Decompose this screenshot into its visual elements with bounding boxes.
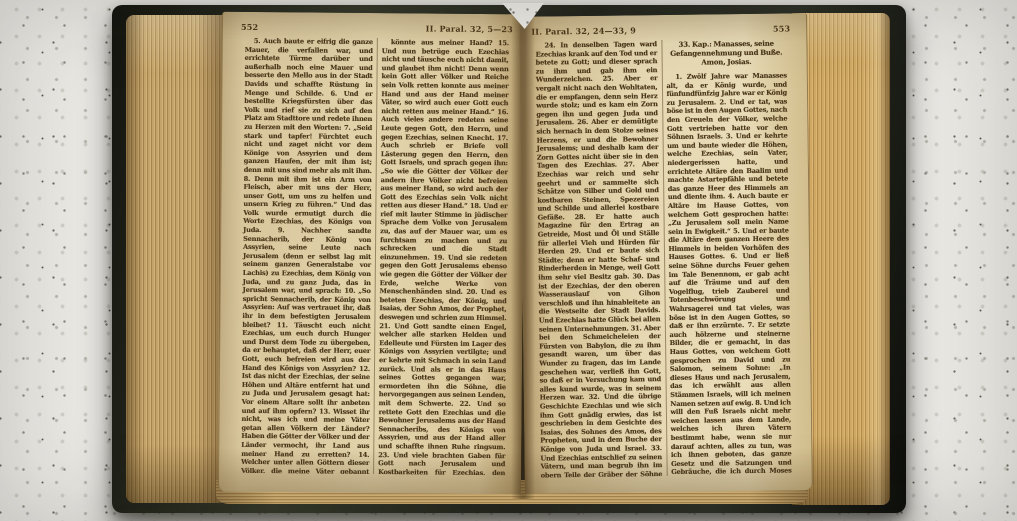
right-page-content: II. Paral. 32, 24—33, 9 553 24. In dense… (531, 23, 796, 481)
countertop-surface: 552 II. Paral. 32, 5—23 5. Auch baute er… (0, 0, 1017, 521)
right-page-column-2-body: 1. Zwölf Jahre war Manasses alt, da er K… (666, 72, 792, 477)
left-page-columns: 5. Auch baute er eifrig die ganze Mauer,… (237, 37, 513, 475)
right-page-header: II. Paral. 32, 24—33, 9 553 (531, 23, 790, 36)
open-book: 552 II. Paral. 32, 5—23 5. Auch baute er… (112, 5, 906, 513)
chapter-heading: 33. Kap.: Manasses, seine Gefangennehmun… (668, 39, 785, 67)
left-page-content: 552 II. Paral. 32, 5—23 5. Auch baute er… (237, 22, 513, 482)
left-page: 552 II. Paral. 32, 5—23 5. Auch baute er… (218, 12, 525, 495)
right-page-column-1: 24. In denselben Tagen ward Ezechias kra… (531, 40, 666, 478)
page-number-left: 552 (241, 22, 258, 32)
running-header-left: II. Paral. 32, 5—23 (426, 23, 513, 34)
right-page-columns: 24. In denselben Tagen ward Ezechias kra… (531, 38, 795, 477)
page-edges-left (126, 15, 228, 503)
right-page-column-2: 33. Kap.: Manasses, seine Gefangennehmun… (661, 38, 796, 476)
left-page-header: 552 II. Paral. 32, 5—23 (241, 22, 513, 34)
running-header-right: II. Paral. 32, 24—33, 9 (531, 25, 636, 36)
right-page: II. Paral. 32, 24—33, 9 553 24. In dense… (519, 13, 813, 493)
page-number-right: 553 (773, 23, 790, 33)
left-page-column-1: 5. Auch baute er eifrig die ganze Mauer,… (237, 37, 377, 474)
left-page-column-2: könnte aus meiner Hand? 15. Und nun betr… (373, 38, 513, 475)
